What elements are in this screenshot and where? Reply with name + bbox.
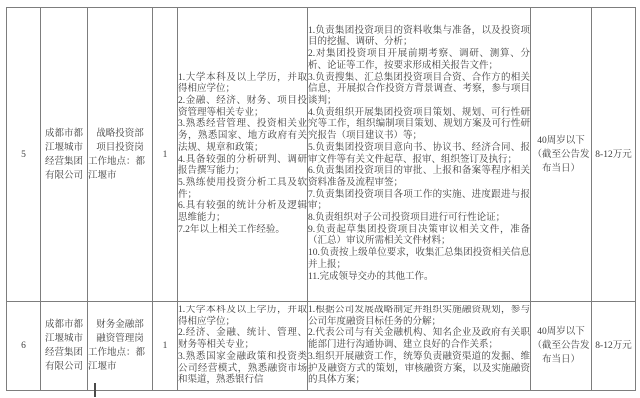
list-item-text: 4.负责组织开展集团投资项目策划、规划、可行性研究等工作，组织编制项目策划、规划…: [308, 108, 530, 143]
company-name: 成都市都江堰城市经营集团有限公司: [45, 320, 83, 372]
list-item-text: 3.熟悉国家金融政策和投资类公司经营模式，熟悉融资市场和渠道，熟悉银行信: [178, 352, 307, 387]
list-item-text: 4.具备较强的分析研判、调研报告撰写能力；: [178, 155, 307, 178]
quota-value: 1: [163, 150, 168, 160]
list-item-text: 11.完成领导交办的其他工作。: [308, 272, 530, 284]
quota-cell: 1: [153, 302, 178, 391]
list-item-text: 2.经济、金融、统计、管理、财务等相关专业；: [178, 328, 307, 351]
duties-cell: 1.根据公司发展战略制定并组织实施融资规划，参与公司年度融资目标任务的分解；2.…: [308, 302, 531, 391]
recruitment-table-page: 5 成都市都江堰城市经营集团有限公司 战略投资部项目投资岗工作地点：都江堰市 1…: [0, 0, 640, 398]
list-item-text: 1.根据公司发展战略制定并组织实施融资规划，参与公司年度融资目标任务的分解；: [308, 305, 530, 328]
list-item-text: 3.熟悉经营管理、投资相关业务，熟悉国家、地方政府有关法规、规章和政策；: [178, 119, 307, 154]
row-number: 6: [21, 341, 26, 351]
text-cursor-artifact: [94, 383, 96, 397]
list-item-text: 1.负责集团投资项目的资料收集与准备，以及投资项目的挖掘、调研、分析；: [308, 26, 530, 49]
list-item-text: 财务金融部: [88, 318, 152, 332]
salary-range: 8-12万元: [595, 150, 631, 160]
table-row: 5 成都市都江堰城市经营集团有限公司 战略投资部项目投资岗工作地点：都江堰市 1…: [7, 8, 636, 302]
list-item-text: 8.负责组织对子公司投资项目进行可行性论证；: [308, 213, 530, 225]
salary-cell: 8-12万元: [592, 302, 636, 391]
quota-value: 1: [163, 341, 168, 351]
list-item-text: 1.大学本科及以上学历，并取得相应学位；: [178, 73, 307, 96]
recruitment-table: 5 成都市都江堰城市经营集团有限公司 战略投资部项目投资岗工作地点：都江堰市 1…: [6, 7, 636, 391]
quota-cell: 1: [153, 8, 178, 302]
age-cell: 40周岁以下（截至公告发布当日）: [531, 8, 592, 302]
age-requirement: 40周岁以下（截至公告发布当日）: [532, 136, 589, 174]
list-item-text: 9.负责起草集团投资项目决策审议相关文件，准备（汇总）审议所需相关文件材料；: [308, 225, 530, 248]
list-item-text: 战略投资部: [88, 127, 152, 141]
salary-cell: 8-12万元: [592, 8, 636, 302]
company-cell: 成都市都江堰城市经营集团有限公司: [41, 8, 88, 302]
list-item-text: 6.具有较强的统计分析及逻辑思维能力；: [178, 201, 307, 224]
duties-list: 1.根据公司发展战略制定并组织实施融资规划，参与公司年度融资目标任务的分解；2.…: [308, 305, 530, 387]
requirements-list: 1.大学本科及以上学历，并取得相应学位；2.金融、经济、财务、项目投资管理等相关…: [178, 73, 307, 237]
list-item-text: 5.负责集团投资项目意向书、协议书、经济合同、报审文件等有关文件起草、报审、组织…: [308, 143, 530, 166]
duties-cell: 1.负责集团投资项目的资料收集与准备，以及投资项目的挖掘、调研、分析；2.对集团…: [308, 8, 531, 302]
list-item-text: 3.组织开展融资工作，统筹负责融资渠道的发掘、维护及融资方式的策划，审核融资方案…: [308, 352, 530, 387]
row-number-cell: 6: [7, 302, 41, 391]
list-item-text: 2.对集团投资项目开展前期考察、调研、测算、分析、论证等工作，按要求形成相关报告…: [308, 49, 530, 72]
list-item-text: 2.金融、经济、财务、项目投资管理等相关专业；: [178, 96, 307, 119]
list-item-text: 7.2年以上相关工作经验。: [178, 225, 307, 237]
requirements-cell: 1.大学本科及以上学历，并取得相应学位；2.经济、金融、统计、管理、财务等相关专…: [178, 302, 308, 391]
list-item-text: 工作地点：都江堰市: [88, 346, 152, 374]
list-item-text: 1.大学本科及以上学历，并取得相应学位；: [178, 305, 307, 328]
position-lines: 战略投资部项目投资岗工作地点：都江堰市: [88, 127, 152, 183]
list-item-text: 工作地点：都江堰市: [88, 155, 152, 183]
list-item-text: 2.代表公司与有关金融机构、知名企业及政府有关职能部门进行沟通协调、建立良好的合…: [308, 328, 530, 351]
requirements-list: 1.大学本科及以上学历，并取得相应学位；2.经济、金融、统计、管理、财务等相关专…: [178, 305, 307, 387]
list-item-text: 项目投资岗: [88, 141, 152, 155]
list-item-text: 10.负责按上级单位要求，收集汇总集团投资相关信息并上报；: [308, 248, 530, 271]
list-item-text: 7.负责集团投资项目各项工作的实施、进度跟进与报审；: [308, 190, 530, 213]
company-name: 成都市都江堰城市经营集团有限公司: [45, 129, 83, 181]
list-item-text: 5.熟练使用投资分析工具及软件；: [178, 178, 307, 201]
list-item-text: 融资管理岗: [88, 332, 152, 346]
list-item-text: 3.负责搜集、汇总集团投资项目合资、合作方的相关信息，开展拟合作投资方背景调查、…: [308, 73, 530, 108]
row-number: 5: [21, 150, 26, 160]
position-cell: 财务金融部融资管理岗工作地点：都江堰市: [88, 302, 153, 391]
salary-range: 8-12万元: [595, 341, 631, 351]
position-lines: 财务金融部融资管理岗工作地点：都江堰市: [88, 318, 152, 374]
duties-list: 1.负责集团投资项目的资料收集与准备，以及投资项目的挖掘、调研、分析；2.对集团…: [308, 26, 530, 283]
list-item-text: 6.负责集团投资项目的审批、上报和备案等程序相关资料准备及流程审签；: [308, 166, 530, 189]
position-cell: 战略投资部项目投资岗工作地点：都江堰市: [88, 8, 153, 302]
requirements-cell: 1.大学本科及以上学历，并取得相应学位；2.金融、经济、财务、项目投资管理等相关…: [178, 8, 308, 302]
table-row: 6 成都市都江堰城市经营集团有限公司 财务金融部融资管理岗工作地点：都江堰市 1…: [7, 302, 636, 391]
row-number-cell: 5: [7, 8, 41, 302]
age-requirement: 40周岁以下（截至公告发布当日）: [532, 327, 589, 365]
age-cell: 40周岁以下（截至公告发布当日）: [531, 302, 592, 391]
company-cell: 成都市都江堰城市经营集团有限公司: [41, 302, 88, 391]
